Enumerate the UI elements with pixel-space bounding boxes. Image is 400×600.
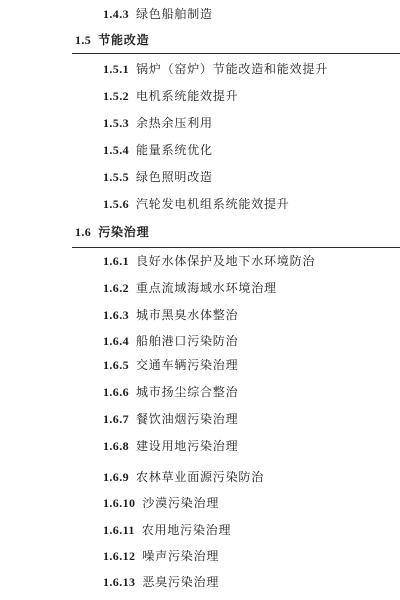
toc-item-label: 城市黑臭水体整治	[136, 306, 238, 324]
toc-item: 1.5.5 绿色照明改造	[0, 168, 400, 186]
toc-item-number: 1.6.1	[103, 252, 129, 270]
toc-item-label: 噪声污染治理	[142, 547, 219, 565]
toc-item: 1.4.3 绿色船舶制造	[0, 5, 400, 23]
toc-item: 1.6.2 重点流域海域水环境治理	[0, 279, 400, 297]
toc-item-number: 1.6.5	[103, 356, 129, 374]
toc-item-number: 1.5.6	[103, 195, 129, 213]
toc-item-label: 锅炉（窑炉）节能改造和能效提升	[136, 60, 328, 78]
toc-item-label: 农用地污染治理	[142, 521, 232, 539]
toc-item: 1.5.2 电机系统能效提升	[0, 87, 400, 105]
toc-item: 1.6.7 餐饮油烟污染治理	[0, 410, 400, 428]
toc-item: 1.6.6 城市扬尘综合整治	[0, 383, 400, 401]
toc-item-label: 良好水体保护及地下水环境防治	[136, 252, 315, 270]
toc-item: 1.5.4 能量系统优化	[0, 141, 400, 159]
toc-item-number: 1.5.1	[103, 60, 129, 78]
toc-item-number: 1.6.3	[103, 306, 129, 324]
toc-item: 1.6.9 农林草业面源污染防治	[0, 468, 400, 486]
toc-item-number: 1.5.2	[103, 87, 129, 105]
toc-item-number: 1.6.13	[103, 573, 135, 591]
toc-item-label: 城市扬尘综合整治	[136, 383, 238, 401]
section-label: 节能改造	[98, 31, 149, 49]
toc-item-label: 沙漠污染治理	[142, 494, 219, 512]
toc-item-label: 能量系统优化	[136, 141, 213, 159]
toc-item: 1.6.11 农用地污染治理	[0, 521, 400, 539]
toc-item-number: 1.5.5	[103, 168, 129, 186]
toc-item-label: 绿色照明改造	[136, 168, 213, 186]
section-heading: 1.6 污染治理	[0, 223, 400, 241]
toc-item: 1.5.6 汽轮发电机组系统能效提升	[0, 195, 400, 213]
section-label: 污染治理	[98, 223, 149, 241]
toc-item-number: 1.6.4	[103, 332, 129, 350]
toc-item-number: 1.4.3	[103, 5, 129, 23]
toc-item-label: 汽轮发电机组系统能效提升	[136, 195, 290, 213]
toc-item-number: 1.6.10	[103, 494, 135, 512]
toc-item-label: 餐饮油烟污染治理	[136, 410, 238, 428]
toc-item-number: 1.6.8	[103, 437, 129, 455]
document-page: 1.4.3 绿色船舶制造 1.5 节能改造 1.5.1 锅炉（窑炉）节能改造和能…	[0, 0, 400, 600]
section-divider	[72, 247, 400, 248]
toc-item: 1.6.8 建设用地污染治理	[0, 437, 400, 455]
section-divider	[72, 53, 400, 54]
toc-item-label: 船舶港口污染防治	[136, 332, 238, 350]
toc-item-label: 恶臭污染治理	[142, 573, 219, 591]
toc-item-number: 1.6.12	[103, 547, 135, 565]
toc-item: 1.6.5 交通车辆污染治理	[0, 356, 400, 374]
toc-item: 1.5.1 锅炉（窑炉）节能改造和能效提升	[0, 60, 400, 78]
section-heading: 1.5 节能改造	[0, 31, 400, 49]
toc-item: 1.6.12 噪声污染治理	[0, 547, 400, 565]
toc-item-number: 1.5.3	[103, 114, 129, 132]
toc-item-label: 农林草业面源污染防治	[136, 468, 264, 486]
toc-item-label: 交通车辆污染治理	[136, 356, 238, 374]
toc-item-number: 1.6.7	[103, 410, 129, 428]
toc-item-label: 余热余压利用	[136, 114, 213, 132]
toc-item-number: 1.6.6	[103, 383, 129, 401]
toc-item: 1.6.4 船舶港口污染防治	[0, 332, 400, 350]
toc-item-label: 电机系统能效提升	[136, 87, 238, 105]
toc-item: 1.6.1 良好水体保护及地下水环境防治	[0, 252, 400, 270]
toc-item-label: 重点流域海域水环境治理	[136, 279, 277, 297]
toc-item-number: 1.6.11	[103, 521, 135, 539]
section-number: 1.5	[75, 31, 91, 49]
toc-item: 1.6.3 城市黑臭水体整治	[0, 306, 400, 324]
toc-item-number: 1.6.2	[103, 279, 129, 297]
toc-item-number: 1.5.4	[103, 141, 129, 159]
toc-item: 1.5.3 余热余压利用	[0, 114, 400, 132]
section-number: 1.6	[75, 223, 91, 241]
toc-item-label: 绿色船舶制造	[136, 5, 213, 23]
toc-item: 1.6.10 沙漠污染治理	[0, 494, 400, 512]
toc-item-label: 建设用地污染治理	[136, 437, 238, 455]
toc-item-number: 1.6.9	[103, 468, 129, 486]
toc-item: 1.6.13 恶臭污染治理	[0, 573, 400, 591]
